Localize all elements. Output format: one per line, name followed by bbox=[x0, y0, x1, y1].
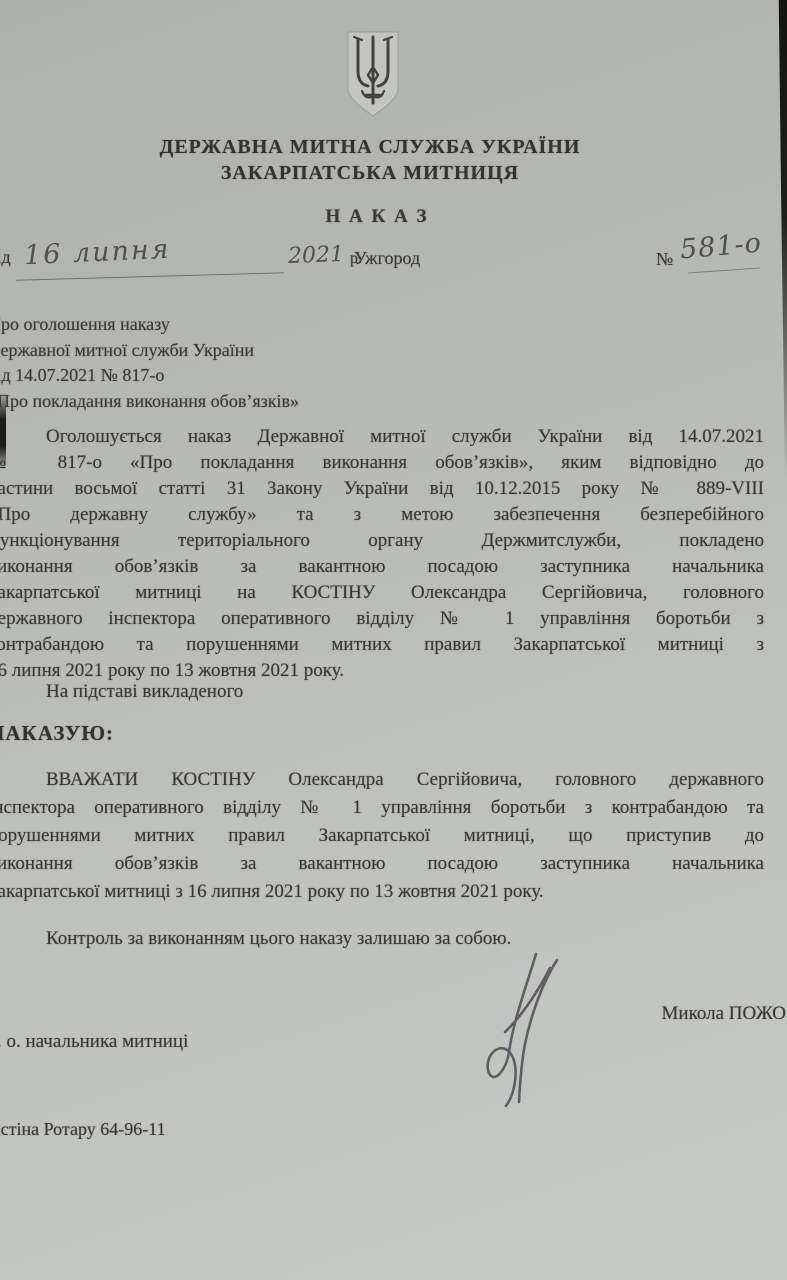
document-type-title: Н А К А З bbox=[0, 206, 766, 228]
text-line: інспектора оперативного відділу № 1 упра… bbox=[0, 794, 764, 822]
date-underline bbox=[16, 272, 284, 280]
text-line: «Про покладання виконання обов’язків» bbox=[0, 389, 408, 415]
signatory-position: в. о. начальника митниці bbox=[0, 1031, 188, 1053]
scanned-order-document: ДЕРЖАВНА МИТНА СЛУЖБА УКРАЇНИ ЗАКАРПАТСЬ… bbox=[0, 0, 787, 1280]
text-line: виконання обов’язків за вакантною посадо… bbox=[0, 554, 764, 580]
handwritten-year: 2021 bbox=[288, 242, 345, 269]
handwritten-order-number: 581-о bbox=[679, 227, 763, 265]
org-name-line1: ДЕРЖАВНА МИТНА СЛУЖБА УКРАЇНИ bbox=[0, 134, 752, 160]
text-line: Закарпатської митниці з 16 липня 2021 ро… bbox=[0, 878, 764, 906]
org-header: ДЕРЖАВНА МИТНА СЛУЖБА УКРАЇНИ ЗАКАРПАТСЬ… bbox=[0, 134, 752, 186]
subject-block: Про оголошення наказуДержавної митної сл… bbox=[0, 312, 408, 414]
order-body-paragraph-1: Оголошується наказ Державної митної служ… bbox=[0, 424, 764, 684]
text-line: Оголошується наказ Державної митної служ… bbox=[0, 424, 764, 450]
text-line: Про оголошення наказу bbox=[0, 312, 408, 338]
text-line: частини восьмої статті 31 Закону України… bbox=[0, 476, 764, 502]
signatory-name: Микола ПОЖО bbox=[588, 1003, 786, 1025]
photo-edge-shadow-left bbox=[0, 392, 6, 470]
ukraine-trident-emblem-icon bbox=[340, 29, 406, 124]
document-content: ДЕРЖАВНА МИТНА СЛУЖБА УКРАЇНИ ЗАКАРПАТСЬ… bbox=[0, 0, 787, 1280]
text-line: виконання обов’язків за вакантною посадо… bbox=[0, 850, 764, 878]
text-line: № 817-о «Про покладання виконання обов’я… bbox=[0, 450, 764, 476]
number-sign: № bbox=[656, 249, 673, 270]
number-underline bbox=[688, 267, 760, 273]
city-label: Ужгород bbox=[354, 248, 420, 269]
executor-contact: Кристіна Ротару 64-96-11 bbox=[0, 1119, 166, 1140]
text-line: Закарпатської митниці на КОСТІНУ Олексан… bbox=[0, 580, 764, 606]
text-line: ВВАЖАТИ КОСТІНУ Олександра Сергійовича, … bbox=[0, 766, 764, 794]
handwritten-signature-icon bbox=[480, 946, 570, 1121]
order-heading: НАКАЗУЮ: bbox=[0, 721, 114, 746]
text-line: порушеннями митних правил Закарпатської … bbox=[0, 822, 764, 850]
text-line: державного інспектора оперативного відді… bbox=[0, 606, 764, 632]
text-line: Державної митної служби України bbox=[0, 338, 408, 364]
handwritten-date: 16 липня bbox=[23, 234, 171, 271]
text-line: функціонування територіального органу Де… bbox=[0, 528, 764, 554]
org-name-line2: ЗАКАРПАТСЬКА МИТНИЦЯ bbox=[0, 160, 752, 186]
text-line: контрабандою та порушеннями митних прави… bbox=[0, 632, 764, 658]
basis-line: На підставі викладеного bbox=[0, 681, 688, 703]
control-line: Контроль за виконанням цього наказу зали… bbox=[0, 928, 708, 950]
date-prefix: від bbox=[0, 247, 11, 268]
text-line: від 14.07.2021 № 817-о bbox=[0, 363, 408, 389]
order-body-paragraph-2: ВВАЖАТИ КОСТІНУ Олександра Сергійовича, … bbox=[0, 766, 764, 906]
text-line: «Про державну службу» та з метою забезпе… bbox=[0, 502, 764, 528]
